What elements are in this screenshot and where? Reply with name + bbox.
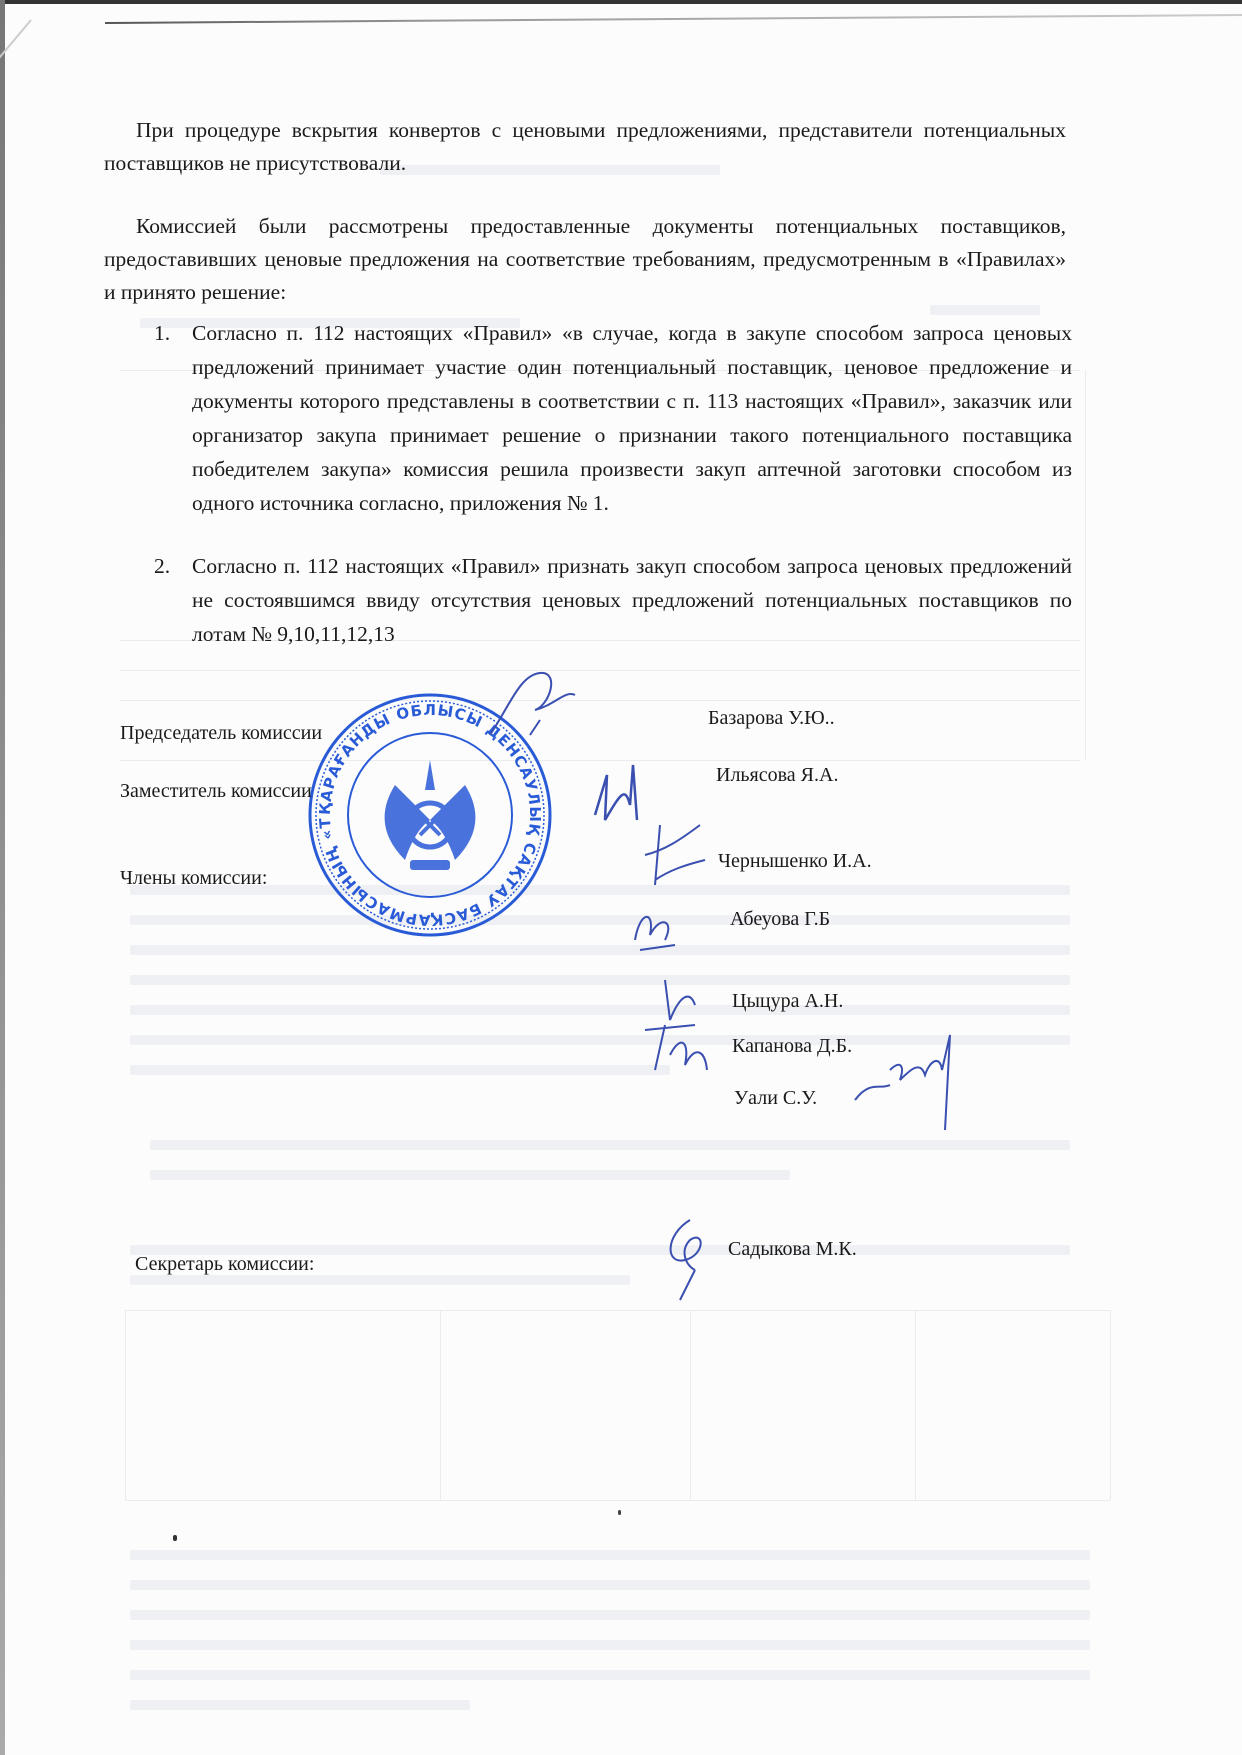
decision-text: Согласно п. 112 настоящих «Правил» «в сл… [192, 321, 1072, 515]
member-name: Цыцура А.Н. [732, 990, 843, 1013]
member-name: Капанова Д.Б. [732, 1035, 852, 1058]
signature-secretary-icon [660, 1215, 720, 1305]
members-label: Члены комиссии: [120, 867, 267, 890]
scan-speck [618, 1510, 621, 1515]
signature-member-3-icon [655, 975, 705, 1025]
chairman-label: Председатель комиссии [120, 722, 322, 745]
scan-speck [173, 1535, 177, 1541]
deputy-name: Ильясова Я.А. [716, 764, 838, 787]
signature-chairman-icon [480, 665, 580, 745]
secretary-label: Секретарь комиссии: [135, 1253, 314, 1276]
signature-member-2-icon [625, 900, 685, 955]
signature-member-1-icon [640, 815, 710, 890]
paragraph-commission-review: Комиссией были рассмотрены предоставленн… [104, 210, 1066, 309]
secretary-name: Садыкова М.К. [728, 1238, 857, 1261]
decision-item-2: 2. Согласно п. 112 настоящих «Правил» пр… [192, 549, 1072, 651]
member-name: Чернышенко И.А. [718, 850, 872, 873]
signature-member-4-icon [635, 1020, 715, 1080]
paper-fold-line [105, 14, 1242, 24]
member-name: Уали С.У. [734, 1087, 817, 1110]
decision-number: 1. [154, 316, 170, 350]
decision-text: Согласно п. 112 настоящих «Правил» призн… [192, 554, 1072, 646]
scan-edge-top [0, 0, 1242, 4]
decision-item-1: 1. Согласно п. 112 настоящих «Правил» «в… [192, 316, 1072, 520]
scanned-page: При процедуре вскрытия конвертов с ценов… [0, 0, 1242, 1755]
signature-member-5-icon [850, 1030, 980, 1140]
deputy-label: Заместитель комиссии [120, 780, 312, 803]
decision-number: 2. [154, 549, 170, 583]
paragraph-opening-attendance: При процедуре вскрытия конвертов с ценов… [104, 114, 1066, 180]
member-name: Абеуова Г.Б [730, 908, 830, 931]
scan-edge-left [0, 0, 5, 1755]
chairman-name: Базарова У.Ю.. [708, 707, 835, 730]
